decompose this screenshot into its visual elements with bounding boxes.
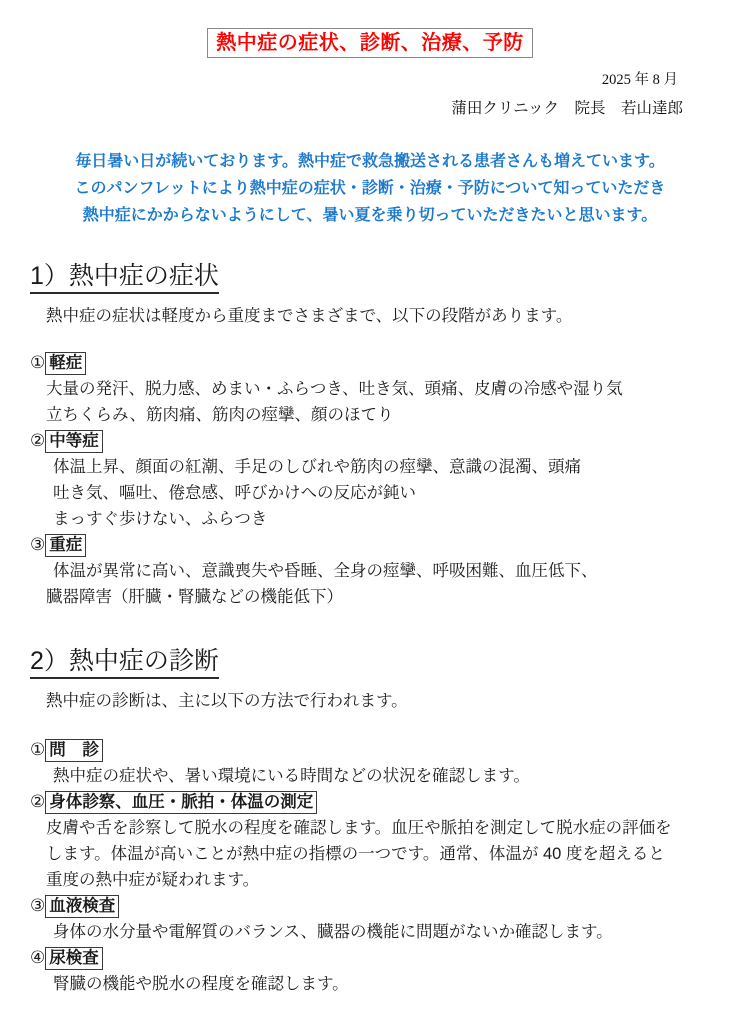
item-number: ② xyxy=(30,431,45,450)
item-text-line: 重度の熱中症が疑われます。 xyxy=(46,867,740,893)
item-text-line: 皮膚や舌を診察して脱水の程度を確認します。血圧や脈拍を測定して脱水症の評価を xyxy=(46,815,740,841)
item-text-line: 熱中症の症状や、暑い環境にいる時間などの状況を確認します。 xyxy=(53,763,740,789)
section-1-intro: 熱中症の症状は軽度から重度までさまざまで、以下の段階があります。 xyxy=(46,304,740,328)
intro-line: 毎日暑い日が続いております。熱中症で救急搬送される患者さんも増えています。 xyxy=(0,148,740,175)
item-text-line: 体温が異常に高い、意識喪失や昏睡、全身の痙攣、呼吸困難、血圧低下、 xyxy=(53,558,740,584)
item-text-line: 体温上昇、顔面の紅潮、手足のしびれや筋肉の痙攣、意識の混濁、頭痛 xyxy=(53,454,740,480)
item-number: ① xyxy=(30,740,45,759)
item-number: ③ xyxy=(30,535,45,554)
document-page: 熱中症の症状、診断、治療、予防 2025 年 8 月 蒲田クリニック 院長 若山… xyxy=(0,0,740,1024)
item-interview-label-row: ①問 診 xyxy=(30,737,740,763)
item-text-line: 大量の発汗、脱力感、めまい・ふらつき、吐き気、頭痛、皮膚の冷感や湿り気 xyxy=(46,376,740,402)
item-label-box: 中等症 xyxy=(45,430,103,453)
item-exam-label-row: ②身体診察、血圧・脈拍・体温の測定 xyxy=(30,789,740,815)
item-number: ③ xyxy=(30,896,45,915)
item-text-line: 吐き気、嘔吐、倦怠感、呼びかけへの反応が鈍い xyxy=(53,480,740,506)
item-label-box: 身体診察、血圧・脈拍・体温の測定 xyxy=(45,791,317,814)
item-label-box: 問 診 xyxy=(45,739,103,762)
item-urinetest-label-row: ④尿検査 xyxy=(30,945,740,971)
item-text-line: 立ちくらみ、筋肉痛、筋肉の痙攣、顔のほてり xyxy=(46,402,740,428)
pamphlet-title: 熱中症の症状、診断、治療、予防 xyxy=(207,28,533,58)
item-moderate-label-row: ②中等症 xyxy=(30,428,740,454)
item-text-line: 臓器障害（肝臓・腎臓などの機能低下） xyxy=(46,584,740,610)
item-text-line: 身体の水分量や電解質のバランス、臓器の機能に問題がないか確認します。 xyxy=(53,919,740,945)
item-bloodtest-label-row: ③血液検査 xyxy=(30,893,740,919)
intro-line: 熱中症にかからないようにして、暑い夏を乗り切っていただきたいと思います。 xyxy=(0,202,740,229)
item-label-box: 重症 xyxy=(45,534,86,557)
item-label-box: 軽症 xyxy=(45,352,86,375)
item-label-box: 尿検査 xyxy=(45,947,103,970)
item-text-line: 腎臓の機能や脱水の程度を確認します。 xyxy=(53,971,740,997)
item-label-box: 血液検査 xyxy=(45,895,119,918)
clinic-author-line: 蒲田クリニック 院長 若山達郎 xyxy=(0,96,740,118)
intro-paragraph: 毎日暑い日が続いております。熱中症で救急搬送される患者さんも増えています。 この… xyxy=(0,148,740,229)
title-row: 熱中症の症状、診断、治療、予防 xyxy=(0,0,740,58)
item-number: ① xyxy=(30,353,45,372)
intro-line: このパンフレットにより熱中症の症状・診断・治療・予防について知っていただき xyxy=(0,175,740,202)
section-2-items: ①問 診 熱中症の症状や、暑い環境にいる時間などの状況を確認します。 ②身体診察… xyxy=(0,737,740,997)
section-1-heading-text: 1）熱中症の症状 xyxy=(30,261,219,294)
item-number: ② xyxy=(30,792,45,811)
item-text-line: まっすぐ歩けない、ふらつき xyxy=(53,506,740,532)
section-1-items: ①軽症 大量の発汗、脱力感、めまい・ふらつき、吐き気、頭痛、皮膚の冷感や湿り気 … xyxy=(0,350,740,610)
item-number: ④ xyxy=(30,948,45,967)
item-text-line: します。体温が高いことが熱中症の指標の一つです。通常、体温が 40 度を超えると xyxy=(46,841,740,867)
section-2-heading-text: 2）熱中症の診断 xyxy=(30,646,219,679)
item-severe-label-row: ③重症 xyxy=(30,532,740,558)
issue-date: 2025 年 8 月 xyxy=(0,68,740,89)
section-2-heading: 2）熱中症の診断 xyxy=(30,646,740,679)
item-mild-label-row: ①軽症 xyxy=(30,350,740,376)
section-1-heading: 1）熱中症の症状 xyxy=(30,261,740,294)
section-2-intro: 熱中症の診断は、主に以下の方法で行われます。 xyxy=(46,689,740,713)
